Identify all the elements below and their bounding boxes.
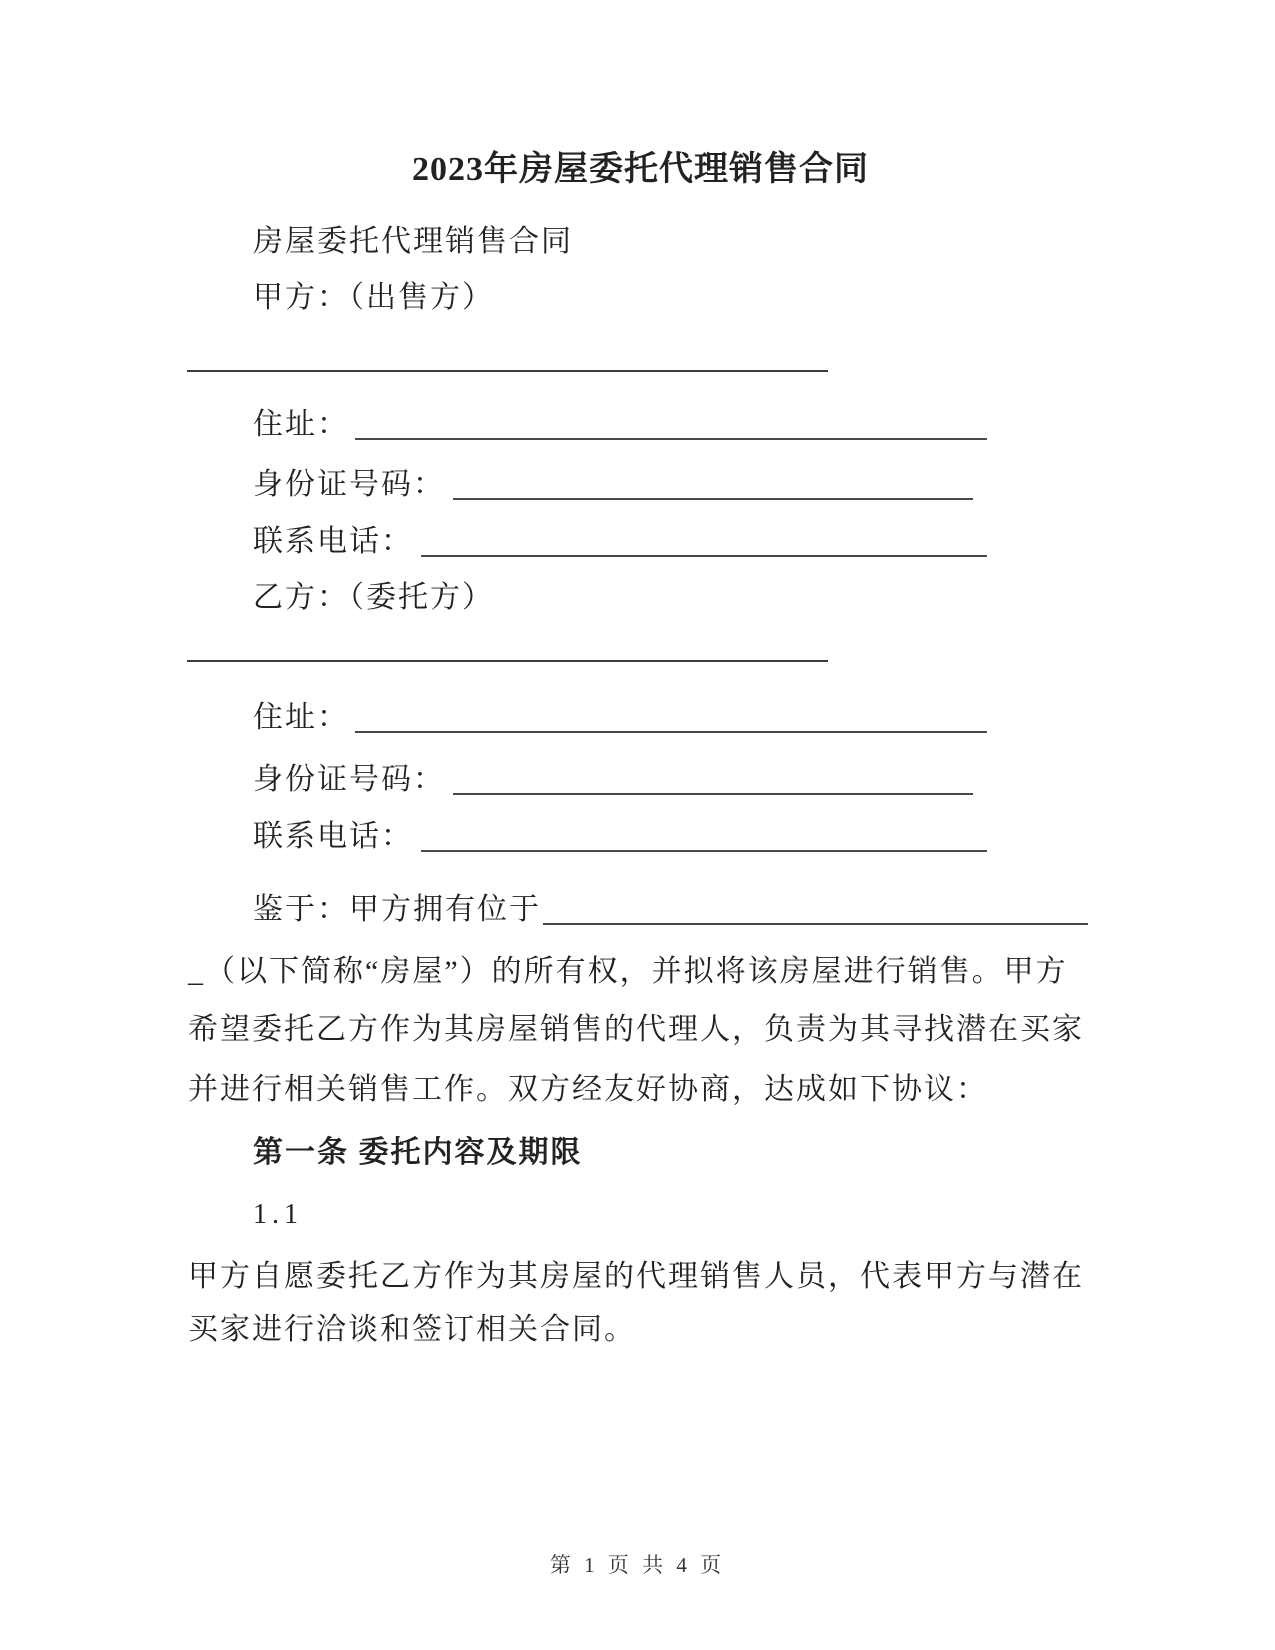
whereas-paragraph-line-1: _（以下简称“房屋”）的所有权，并拟将该房屋进行销售。甲方 <box>188 951 1068 993</box>
phone-label: 联系电话： <box>253 525 413 558</box>
id-number-blank <box>453 468 973 500</box>
party-b-name-blank-line <box>187 660 828 662</box>
clause-number: 1.1 <box>253 1194 303 1236</box>
document-subtitle: 房屋委托代理销售合同 <box>253 221 573 263</box>
party-a-id-row: 身份证号码： <box>253 464 973 506</box>
party-b-heading: 乙方：（委托方） <box>253 577 494 619</box>
party-b-phone-row: 联系电话： <box>253 816 987 858</box>
party-a-name-blank-line <box>187 370 828 372</box>
phone-blank <box>421 820 987 852</box>
id-number-label: 身份证号码： <box>253 468 445 501</box>
whereas-paragraph-line-3: 并进行相关销售工作。双方经友好协商，达成如下协议： <box>188 1069 988 1111</box>
address-label: 住址： <box>253 701 349 734</box>
whereas-prefix: 鉴于：甲方拥有位于 <box>253 893 541 926</box>
clause-1-1-line-1: 甲方自愿委托乙方作为其房屋的代理销售人员，代表甲方与潜在 <box>188 1256 1084 1298</box>
clause-1-1-line-2: 买家进行洽谈和签订相关合同。 <box>188 1309 636 1351</box>
whereas-paragraph-line-2: 希望委托乙方作为其房屋销售的代理人，负责为其寻找潜在买家 <box>188 1009 1084 1051</box>
party-a-heading: 甲方：（出售方） <box>253 277 494 319</box>
address-label: 住址： <box>253 408 349 441</box>
party-a-phone-row: 联系电话： <box>253 521 987 563</box>
phone-blank <box>421 525 987 557</box>
page-number-footer: 第 1 页 共 4 页 <box>0 1544 1275 1586</box>
party-b-address-row: 住址： <box>253 697 987 739</box>
contract-document-page: 2023年房屋委托代理销售合同 房屋委托代理销售合同 甲方：（出售方） 住址： … <box>0 0 1275 1650</box>
section-1-heading: 第一条 委托内容及期限 <box>253 1132 583 1174</box>
address-blank <box>355 701 987 733</box>
address-blank <box>355 408 987 440</box>
property-location-blank <box>543 893 1088 925</box>
whereas-row: 鉴于：甲方拥有位于 <box>253 889 1088 931</box>
document-title: 2023年房屋委托代理销售合同 <box>412 148 869 192</box>
id-number-label: 身份证号码： <box>253 763 445 796</box>
party-b-id-row: 身份证号码： <box>253 759 973 801</box>
id-number-blank <box>453 763 973 795</box>
phone-label: 联系电话： <box>253 820 413 853</box>
party-a-address-row: 住址： <box>253 404 987 446</box>
